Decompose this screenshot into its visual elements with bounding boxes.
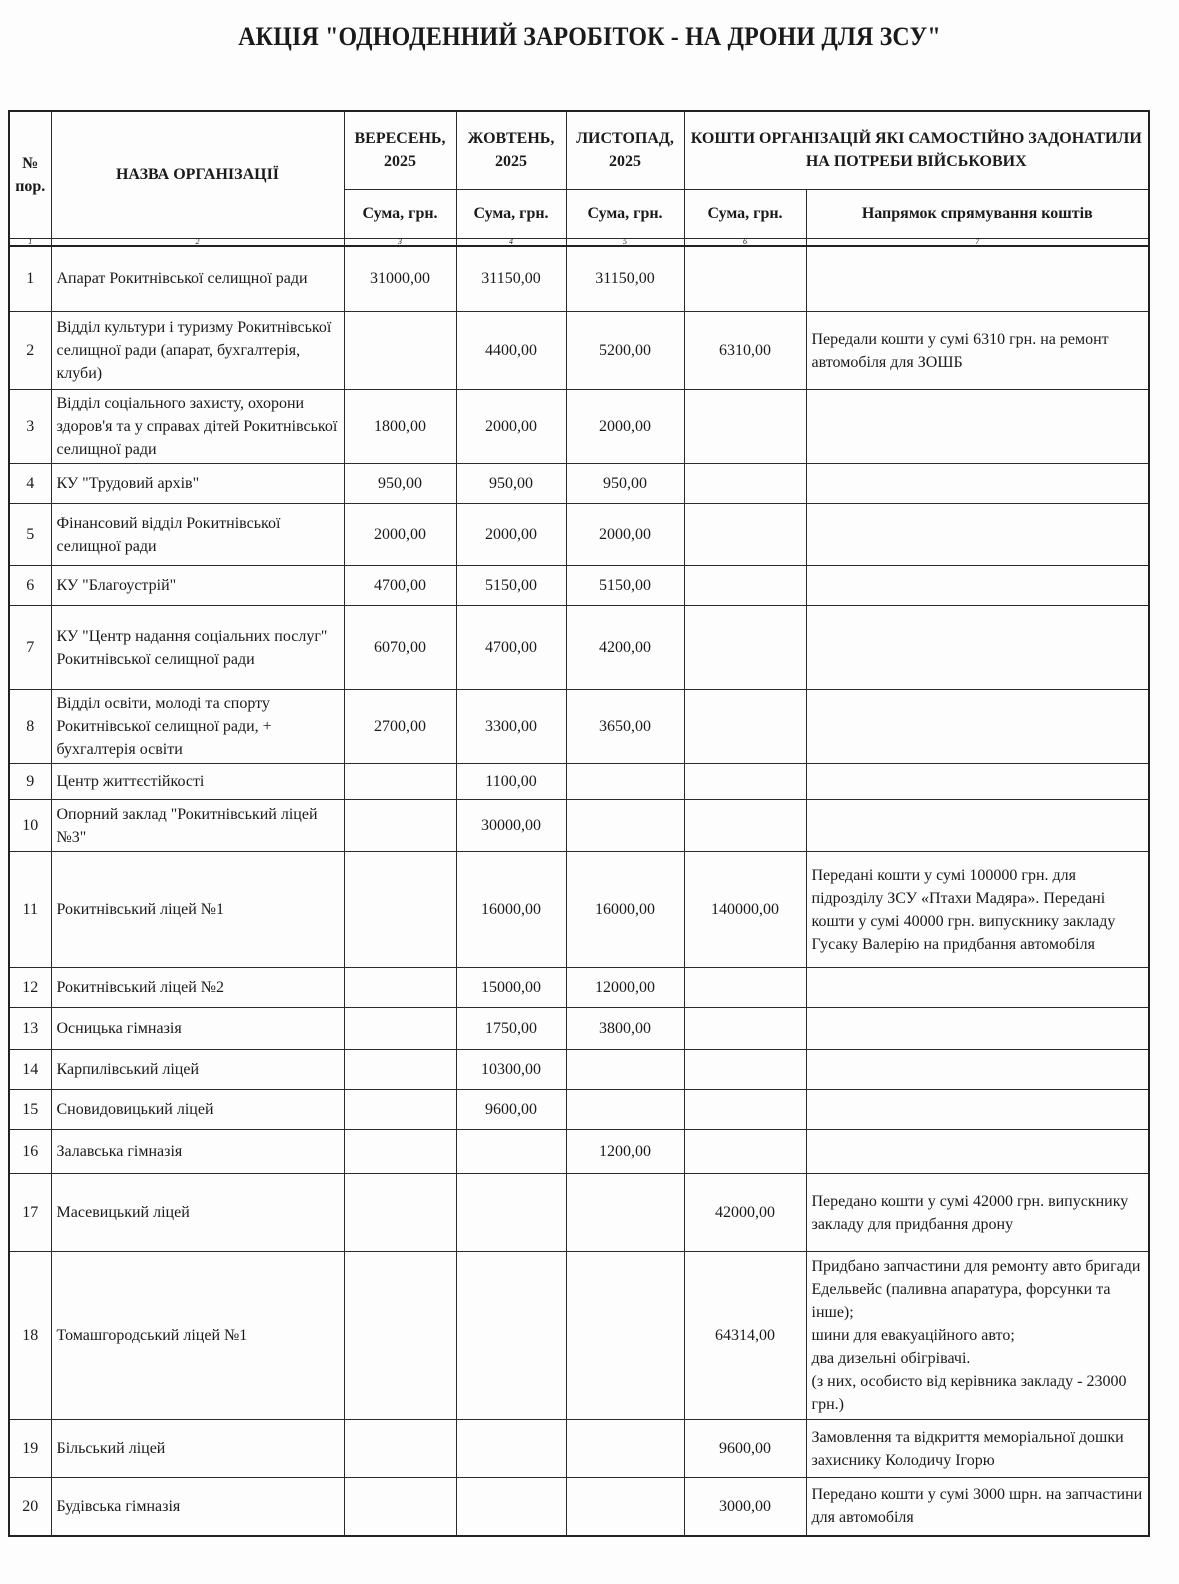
funds-direction [806, 606, 1149, 690]
table-row: 20Будівська гімназія3000,00Передано кошт… [9, 1478, 1149, 1536]
table-row: 14Карпилівський ліцей10300,00 [9, 1050, 1149, 1090]
header-sum-november: Сума, грн. [566, 189, 684, 238]
amount-own-donation [684, 606, 806, 690]
amount-own-donation [684, 764, 806, 800]
row-number: 4 [9, 464, 51, 504]
amount-november [566, 764, 684, 800]
row-number: 15 [9, 1090, 51, 1130]
funds-direction [806, 764, 1149, 800]
amount-september [344, 312, 456, 390]
row-number: 13 [9, 1008, 51, 1050]
amount-own-donation [684, 968, 806, 1008]
organization-name: КУ "Центр надання соціальних послуг" Рок… [51, 606, 344, 690]
row-number: 11 [9, 852, 51, 968]
amount-october: 4700,00 [456, 606, 566, 690]
amount-november: 12000,00 [566, 968, 684, 1008]
amount-october [456, 1130, 566, 1174]
table-row: 12Рокитнівський ліцей №215000,0012000,00 [9, 968, 1149, 1008]
row-number: 1 [9, 246, 51, 312]
row-number: 12 [9, 968, 51, 1008]
row-number: 19 [9, 1420, 51, 1478]
table-row: 9Центр життєстійкості1100,00 [9, 764, 1149, 800]
table-row: 10Опорний заклад "Рокитнівський ліцей №3… [9, 800, 1149, 852]
amount-september [344, 1478, 456, 1536]
organization-name: КУ "Трудовий архів" [51, 464, 344, 504]
amount-september [344, 1252, 456, 1420]
amount-october: 5150,00 [456, 566, 566, 606]
table-row: 3Відділ соціального захисту, охорони здо… [9, 390, 1149, 464]
amount-november: 16000,00 [566, 852, 684, 968]
amount-september [344, 1130, 456, 1174]
organization-name: КУ "Благоустрій" [51, 566, 344, 606]
amount-own-donation [684, 464, 806, 504]
organization-name: Сновидовицький ліцей [51, 1090, 344, 1130]
funds-direction [806, 1050, 1149, 1090]
amount-own-donation: 140000,00 [684, 852, 806, 968]
organization-name: Фінансовий відділ Рокитнівської селищної… [51, 504, 344, 566]
header-own-funds: КОШТИ ОРГАНІЗАЦІЙ ЯКІ САМОСТІЙНО ЗАДОНАТ… [684, 111, 1149, 189]
table-row: 16Залавська гімназія1200,00 [9, 1130, 1149, 1174]
organization-name: Опорний заклад "Рокитнівський ліцей №3" [51, 800, 344, 852]
amount-september: 4700,00 [344, 566, 456, 606]
funds-direction [806, 800, 1149, 852]
amount-october [456, 1420, 566, 1478]
header-sum-own: Сума, грн. [684, 189, 806, 238]
amount-own-donation [684, 566, 806, 606]
funds-direction [806, 246, 1149, 312]
amount-november: 5200,00 [566, 312, 684, 390]
amount-october [456, 1174, 566, 1252]
table-row: 19Більський ліцей9600,00Замовлення та ві… [9, 1420, 1149, 1478]
table-row: 6КУ "Благоустрій"4700,005150,005150,00 [9, 566, 1149, 606]
table-row: 15Сновидовицький ліцей9600,00 [9, 1090, 1149, 1130]
funds-direction [806, 464, 1149, 504]
row-number: 6 [9, 566, 51, 606]
row-number: 2 [9, 312, 51, 390]
amount-november: 2000,00 [566, 390, 684, 464]
funds-direction: Передано кошти у сумі 3000 шрн. на запча… [806, 1478, 1149, 1536]
header-sum-october: Сума, грн. [456, 189, 566, 238]
funds-direction: Передали кошти у сумі 6310 грн. на ремон… [806, 312, 1149, 390]
amount-october: 3300,00 [456, 690, 566, 764]
header-number: № пор. [9, 111, 51, 238]
amount-october: 950,00 [456, 464, 566, 504]
amount-september: 2000,00 [344, 504, 456, 566]
organization-name: Рокитнівський ліцей №1 [51, 852, 344, 968]
amount-october: 16000,00 [456, 852, 566, 968]
amount-september [344, 764, 456, 800]
funds-direction [806, 504, 1149, 566]
amount-own-donation [684, 690, 806, 764]
amount-own-donation: 3000,00 [684, 1478, 806, 1536]
table-row: 5Фінансовий відділ Рокитнівської селищно… [9, 504, 1149, 566]
amount-november: 1200,00 [566, 1130, 684, 1174]
table-row: 4КУ "Трудовий архів"950,00950,00950,00 [9, 464, 1149, 504]
amount-september [344, 800, 456, 852]
funds-direction: Передано кошти у сумі 42000 грн. випускн… [806, 1174, 1149, 1252]
funds-direction [806, 1130, 1149, 1174]
amount-november: 2000,00 [566, 504, 684, 566]
amount-own-donation [684, 1050, 806, 1090]
amount-own-donation [684, 1130, 806, 1174]
header-november: ЛИСТОПАД, 2025 [566, 111, 684, 189]
funds-direction [806, 566, 1149, 606]
organization-name: Апарат Рокитнівської селищної ради [51, 246, 344, 312]
row-number: 3 [9, 390, 51, 464]
header-direction: Напрямок спрямування коштів [806, 189, 1149, 238]
table-row: 11Рокитнівський ліцей №116000,0016000,00… [9, 852, 1149, 968]
row-number: 16 [9, 1130, 51, 1174]
table-row: 13Осницька гімназія1750,003800,00 [9, 1008, 1149, 1050]
amount-september: 31000,00 [344, 246, 456, 312]
amount-november [566, 1478, 684, 1536]
amount-november [566, 1252, 684, 1420]
funds-direction: Замовлення та відкриття меморіальної дош… [806, 1420, 1149, 1478]
column-index: 7 [806, 238, 1149, 246]
header-sum-september: Сума, грн. [344, 189, 456, 238]
column-index-row: 1 2 3 4 5 6 7 [9, 238, 1149, 246]
amount-november: 31150,00 [566, 246, 684, 312]
amount-november: 3650,00 [566, 690, 684, 764]
amount-september [344, 968, 456, 1008]
funds-direction [806, 1090, 1149, 1130]
row-number: 7 [9, 606, 51, 690]
funds-direction: Придбано запчастини для ремонту авто бри… [806, 1252, 1149, 1420]
amount-own-donation [684, 504, 806, 566]
header-october: ЖОВТЕНЬ, 2025 [456, 111, 566, 189]
row-number: 17 [9, 1174, 51, 1252]
column-index: 5 [566, 238, 684, 246]
organization-name: Відділ культури і туризму Рокитнівської … [51, 312, 344, 390]
amount-october: 10300,00 [456, 1050, 566, 1090]
row-number: 14 [9, 1050, 51, 1090]
row-number: 20 [9, 1478, 51, 1536]
amount-october: 2000,00 [456, 504, 566, 566]
amount-october: 30000,00 [456, 800, 566, 852]
amount-own-donation: 42000,00 [684, 1174, 806, 1252]
amount-november [566, 800, 684, 852]
funds-direction [806, 690, 1149, 764]
column-index: 3 [344, 238, 456, 246]
amount-october: 4400,00 [456, 312, 566, 390]
funds-direction [806, 390, 1149, 464]
organization-name: Відділ соціального захисту, охорони здор… [51, 390, 344, 464]
amount-november [566, 1090, 684, 1130]
organization-name: Більський ліцей [51, 1420, 344, 1478]
row-number: 9 [9, 764, 51, 800]
column-index: 1 [9, 238, 51, 246]
amount-september [344, 852, 456, 968]
donations-table: № пор. НАЗВА ОРГАНІЗАЦІЇ ВЕРЕСЕНЬ, 2025 … [8, 110, 1150, 1537]
organization-name: Будівська гімназія [51, 1478, 344, 1536]
amount-own-donation [684, 390, 806, 464]
funds-direction: Передані кошти у сумі 100000 грн. для пі… [806, 852, 1149, 968]
table-row: 8Відділ освіти, молоді та спорту Рокитні… [9, 690, 1149, 764]
amount-october: 1750,00 [456, 1008, 566, 1050]
amount-september [344, 1174, 456, 1252]
amount-october: 1100,00 [456, 764, 566, 800]
organization-name: Відділ освіти, молоді та спорту Рокитнів… [51, 690, 344, 764]
column-index: 2 [51, 238, 344, 246]
amount-september: 1800,00 [344, 390, 456, 464]
amount-september [344, 1050, 456, 1090]
organization-name: Томашгородський ліцей №1 [51, 1252, 344, 1420]
table-row: 2Відділ культури і туризму Рокитнівської… [9, 312, 1149, 390]
amount-november: 5150,00 [566, 566, 684, 606]
column-index: 4 [456, 238, 566, 246]
table-row: 17Масевицький ліцей42000,00Передано кошт… [9, 1174, 1149, 1252]
amount-october: 9600,00 [456, 1090, 566, 1130]
amount-own-donation [684, 246, 806, 312]
amount-september: 950,00 [344, 464, 456, 504]
amount-october: 31150,00 [456, 246, 566, 312]
table-row: 18Томашгородський ліцей №164314,00Придба… [9, 1252, 1149, 1420]
amount-september [344, 1090, 456, 1130]
amount-own-donation [684, 1008, 806, 1050]
amount-september [344, 1008, 456, 1050]
funds-direction [806, 968, 1149, 1008]
organization-name: Осницька гімназія [51, 1008, 344, 1050]
amount-october: 2000,00 [456, 390, 566, 464]
table-row: 7КУ "Центр надання соціальних послуг" Ро… [9, 606, 1149, 690]
row-number: 5 [9, 504, 51, 566]
header-september: ВЕРЕСЕНЬ, 2025 [344, 111, 456, 189]
header-org-name: НАЗВА ОРГАНІЗАЦІЇ [51, 111, 344, 238]
row-number: 18 [9, 1252, 51, 1420]
table-row: 1Апарат Рокитнівської селищної ради31000… [9, 246, 1149, 312]
amount-september: 2700,00 [344, 690, 456, 764]
column-index: 6 [684, 238, 806, 246]
amount-own-donation: 6310,00 [684, 312, 806, 390]
amount-september: 6070,00 [344, 606, 456, 690]
amount-october [456, 1252, 566, 1420]
amount-november [566, 1174, 684, 1252]
amount-november: 4200,00 [566, 606, 684, 690]
row-number: 10 [9, 800, 51, 852]
amount-november: 950,00 [566, 464, 684, 504]
amount-november [566, 1050, 684, 1090]
organization-name: Карпилівський ліцей [51, 1050, 344, 1090]
funds-direction [806, 1008, 1149, 1050]
amount-own-donation: 64314,00 [684, 1252, 806, 1420]
organization-name: Центр життєстійкості [51, 764, 344, 800]
amount-october [456, 1478, 566, 1536]
organization-name: Залавська гімназія [51, 1130, 344, 1174]
amount-own-donation: 9600,00 [684, 1420, 806, 1478]
organization-name: Рокитнівський ліцей №2 [51, 968, 344, 1008]
amount-september [344, 1420, 456, 1478]
amount-october: 15000,00 [456, 968, 566, 1008]
organization-name: Масевицький ліцей [51, 1174, 344, 1252]
row-number: 8 [9, 690, 51, 764]
document-title: АКЦІЯ "ОДНОДЕННИЙ ЗАРОБІТОК - НА ДРОНИ Д… [47, 22, 1132, 52]
amount-own-donation [684, 1090, 806, 1130]
amount-own-donation [684, 800, 806, 852]
amount-november [566, 1420, 684, 1478]
amount-november: 3800,00 [566, 1008, 684, 1050]
